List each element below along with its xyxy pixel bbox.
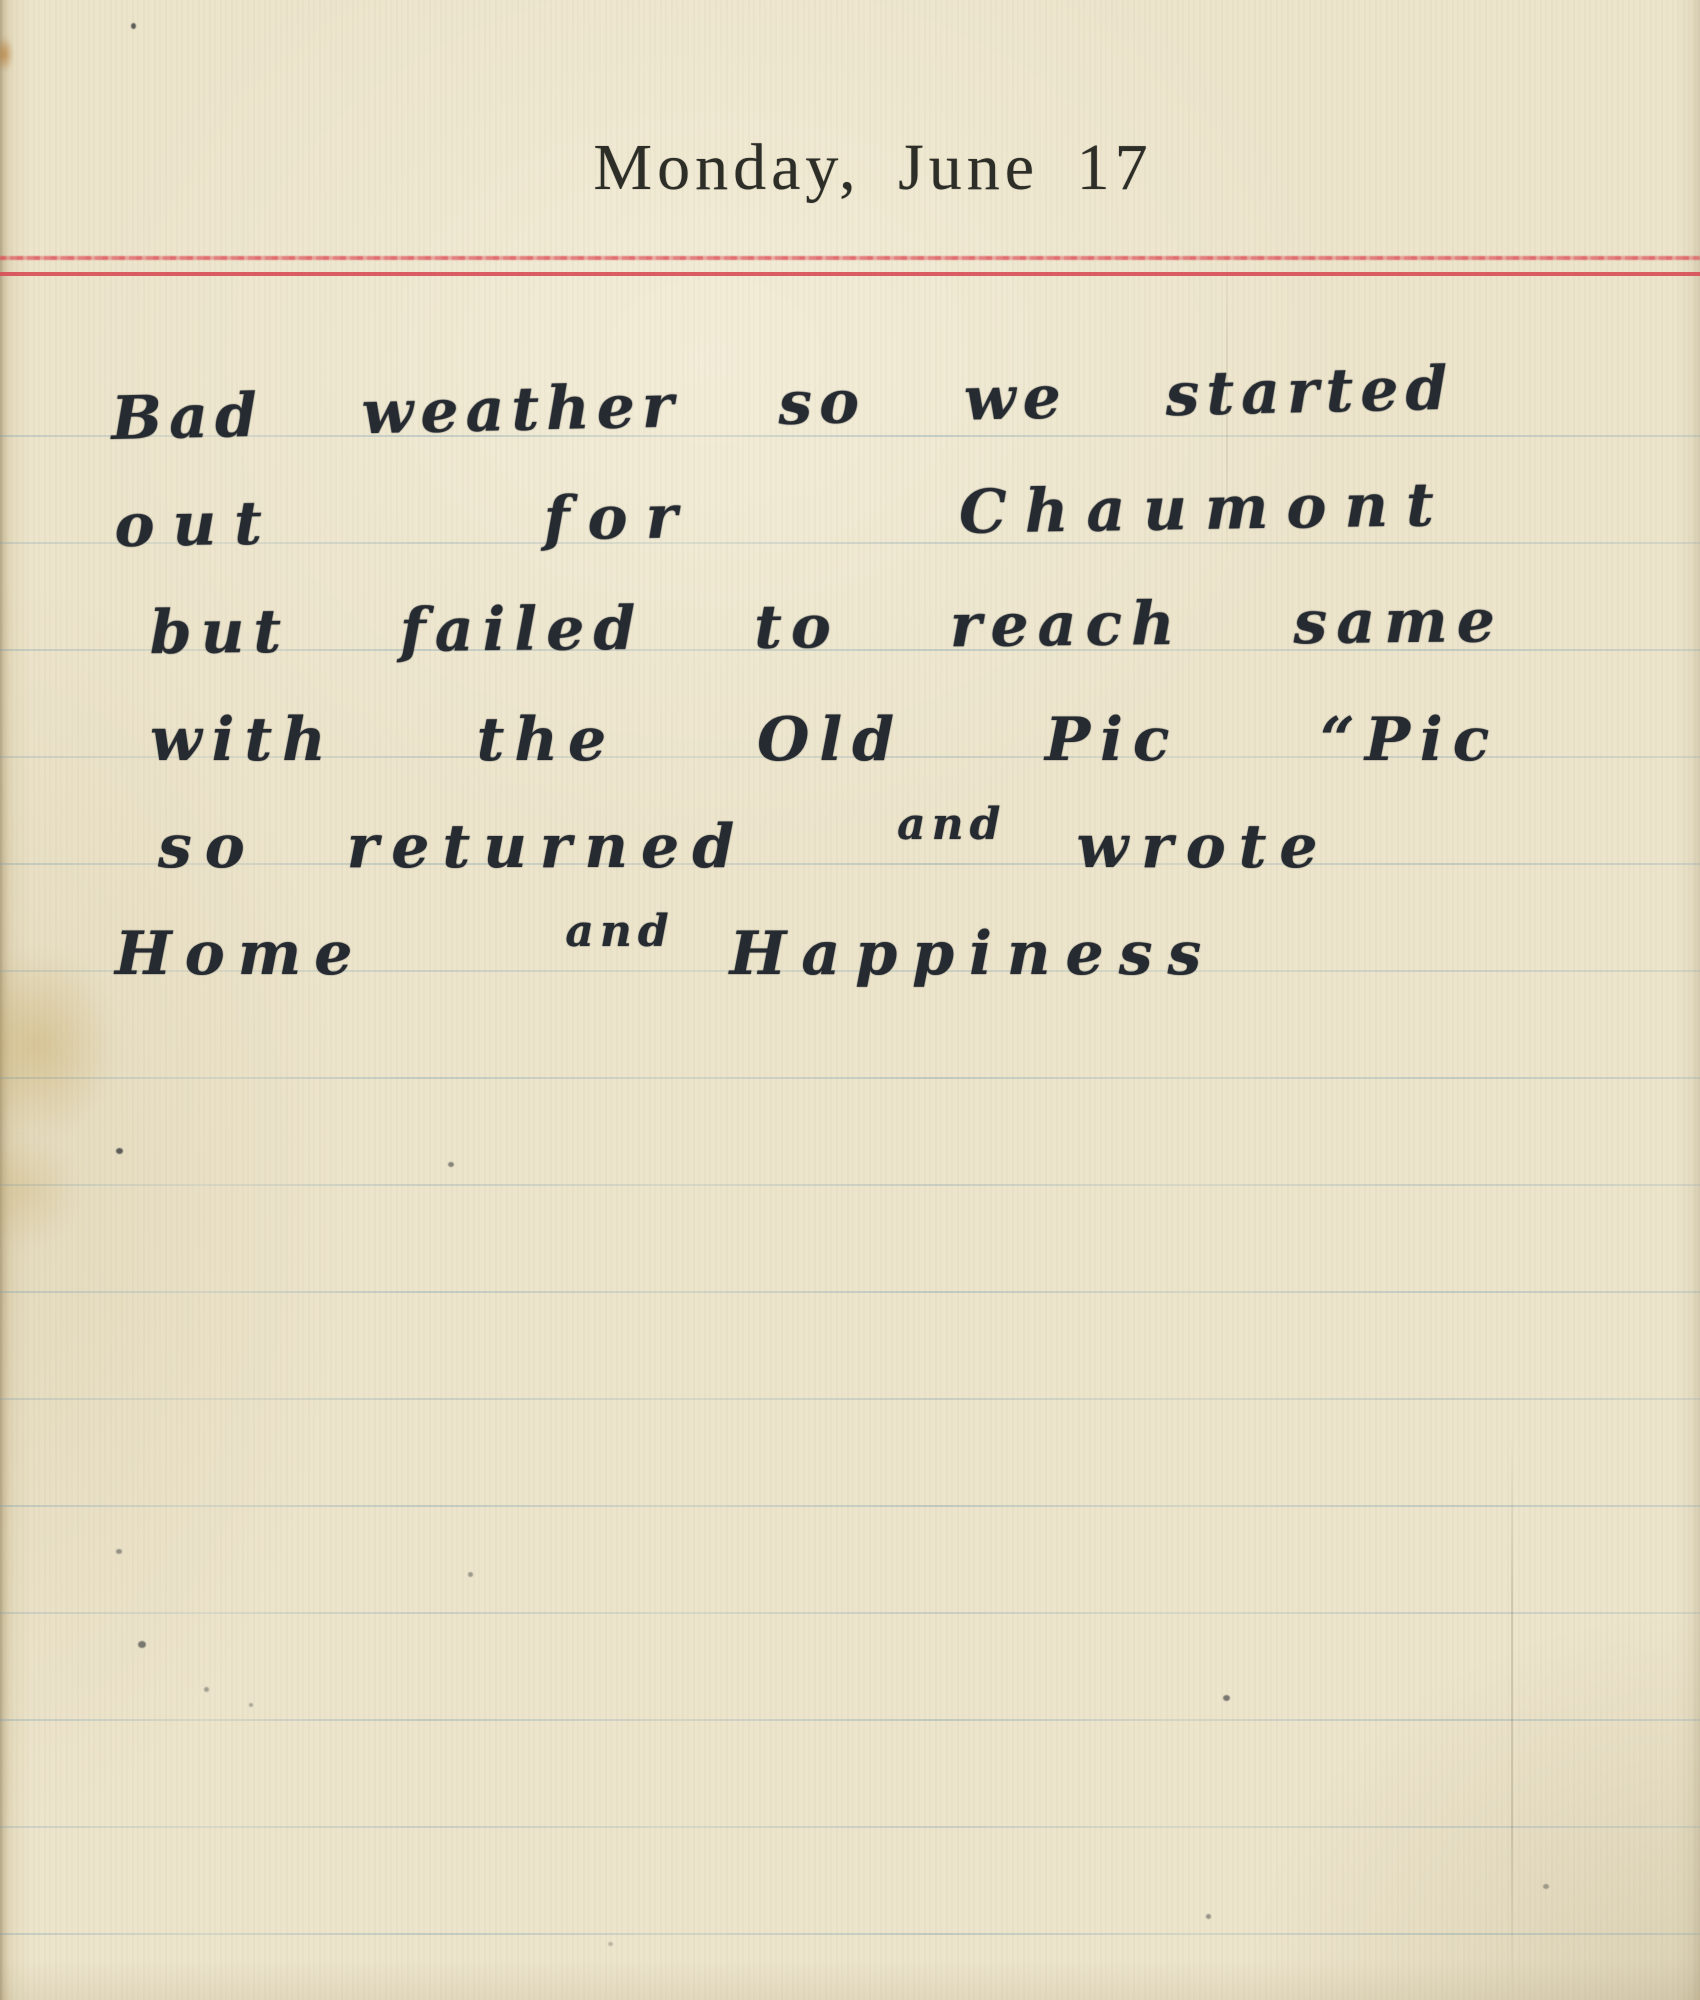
- ink-speck: [608, 1942, 613, 1946]
- handwriting-line-6-end: Happiness: [730, 919, 1217, 989]
- handwriting-line-3: but failed to reach same: [149, 591, 1504, 663]
- date-heading: Monday, June 17: [0, 130, 1700, 206]
- ruled-line: [0, 1933, 1700, 1935]
- ink-speck: [116, 1148, 123, 1154]
- ink-speck: [138, 1641, 146, 1648]
- paper-grain-texture: [0, 0, 1700, 2000]
- red-rule-bottom: [0, 272, 1700, 276]
- handwriting-line-5-main: so returned: [158, 812, 747, 882]
- ink-speck: [204, 1687, 209, 1692]
- ink-speck: [131, 23, 136, 29]
- ruled-line: [0, 1612, 1700, 1614]
- ink-speck: [1223, 1695, 1230, 1701]
- ink-speck: [116, 1549, 122, 1554]
- ink-speck: [1543, 1884, 1549, 1889]
- red-rule-top: [0, 256, 1700, 260]
- paper-crease: [1226, 240, 1228, 560]
- handwriting-line-5: so returnedandwrote: [158, 817, 1331, 877]
- handwriting-line-4: with the Old Pic “Pic: [150, 710, 1499, 770]
- ruled-line: [0, 1077, 1700, 1079]
- ink-speck: [448, 1162, 454, 1167]
- ruled-line: [0, 1826, 1700, 1828]
- handwriting-line-6-main: Home: [115, 919, 365, 989]
- handwriting-line-6: HomeandHappiness: [115, 924, 1216, 984]
- ink-speck: [1206, 1914, 1211, 1919]
- ruled-line: [0, 1505, 1700, 1507]
- handwriting-line-5-end: wrote: [1076, 812, 1330, 882]
- ruled-line: [0, 1398, 1700, 1400]
- ruled-line: [0, 1719, 1700, 1721]
- ink-speck: [249, 1703, 253, 1707]
- handwriting-line-5-raised-word: and: [897, 803, 1006, 847]
- handwriting-line-6-raised-word: and: [565, 910, 674, 954]
- ruled-line: [0, 1184, 1700, 1186]
- paper-crease: [1511, 1430, 1513, 2000]
- ink-speck: [468, 1572, 473, 1577]
- ruled-line: [0, 1291, 1700, 1293]
